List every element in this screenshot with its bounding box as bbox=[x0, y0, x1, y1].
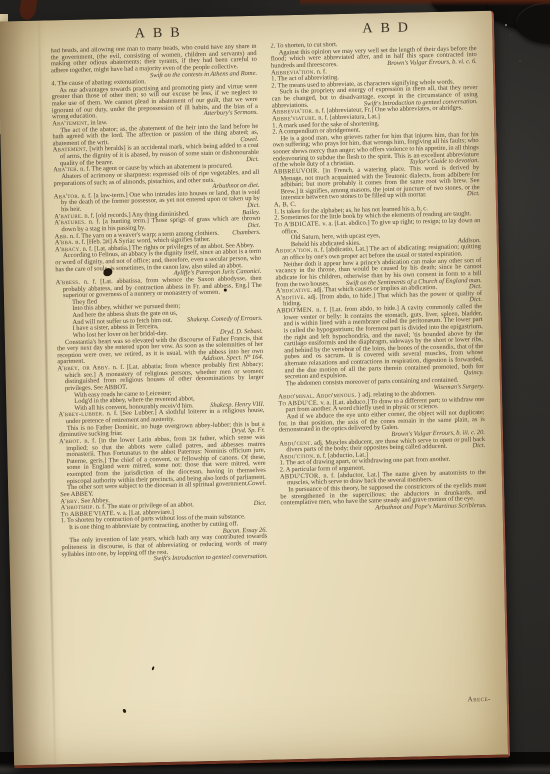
column-header-left: ABB bbox=[50, 24, 264, 45]
book-cover-edge-corner bbox=[18, 0, 38, 21]
ink-spot bbox=[224, 289, 227, 292]
citation-source: Dict. bbox=[247, 156, 259, 163]
headword: A'bditive. bbox=[276, 294, 306, 302]
headword: To ABDU'CE. bbox=[278, 399, 319, 407]
entry-paragraph: ABDO'MEN. n. f. [Lat. from abdo, to hide… bbox=[276, 304, 484, 381]
citation-source: Arbuthnot and Pope's Martinus Scriblerus… bbox=[361, 503, 486, 512]
citation-source: Cowel. bbox=[249, 481, 266, 488]
entry-paragraph: In pursuance of this theory, he supposed… bbox=[280, 483, 487, 514]
entry-paragraph: A'bbot. n. f. [in the lower Latin abbas,… bbox=[59, 435, 266, 492]
text-column-right: 2. To shorten, to cut short.Against this… bbox=[270, 39, 491, 727]
headword: ABBREUVOIR. bbox=[273, 167, 319, 175]
headword: Aba'tor. bbox=[54, 193, 80, 201]
catchword: Abece- bbox=[468, 695, 491, 704]
citation-source: Dict. bbox=[468, 191, 480, 198]
headword: A'batures. bbox=[54, 219, 86, 227]
entry-paragraph: The only invention of late years, which … bbox=[61, 534, 268, 565]
headword: Abatement, bbox=[53, 146, 88, 154]
entry-paragraph: They fled Into this abbey, whither we pu… bbox=[56, 296, 263, 327]
headword: A'bbot. bbox=[59, 438, 81, 445]
entry-paragraph: Neither doth it appear how a prince's ab… bbox=[275, 258, 482, 289]
column-header-right: ABD bbox=[278, 19, 492, 40]
entry-paragraph: As our advantages towards practising and… bbox=[51, 84, 258, 122]
headword: A'bbey, or Abby. bbox=[57, 364, 110, 372]
citation-source: Chambers. bbox=[233, 229, 260, 236]
citation-source: Dict. bbox=[473, 443, 485, 450]
book-cover-edge-top bbox=[300, 0, 550, 6]
dust-speck bbox=[505, 24, 507, 26]
headword: ABDO'MEN. bbox=[276, 307, 314, 315]
text-columns: had heads, and allowing one man to many … bbox=[51, 39, 496, 732]
entry-paragraph: had heads, and allowing one man to many … bbox=[51, 44, 258, 82]
headword: To A'BDICATE. bbox=[274, 220, 321, 228]
page-content: ABB ABD had heads, and allowing one man … bbox=[50, 19, 496, 756]
headword: Abdu'cent. bbox=[279, 439, 312, 447]
citation-source: Swift's Introduction to genteel conversa… bbox=[140, 554, 268, 563]
headword: A'bbess. bbox=[56, 279, 81, 287]
text-column-left: had heads, and allowing one man to many … bbox=[51, 44, 272, 732]
citation-source: Quincy. bbox=[465, 370, 484, 377]
headword: A'bbey-lubber. bbox=[58, 411, 104, 419]
citation-source: Dict. bbox=[255, 501, 267, 508]
dictionary-page: ABB ABD had heads, and allowing one man … bbox=[0, 11, 510, 769]
headword: Abdica'tion. bbox=[275, 247, 313, 255]
headword: ABDU'CTOR. bbox=[280, 472, 321, 480]
entry-paragraph: ABBREUVOIR. [in French, a watering place… bbox=[273, 165, 480, 203]
